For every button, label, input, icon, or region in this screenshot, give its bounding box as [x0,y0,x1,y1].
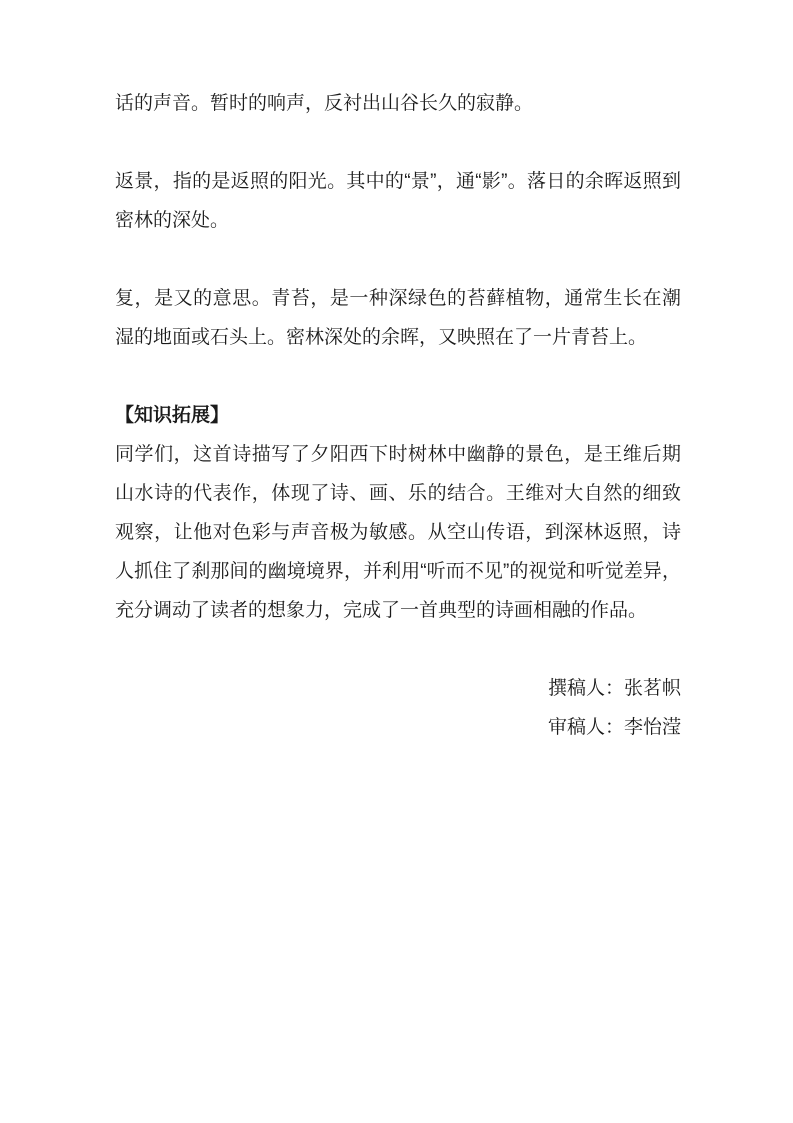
section-title-knowledge-extension: 【知识拓展】 [115,396,681,435]
bylines-block: 撰稿人：张茗帜 审稿人：李怡滢 [115,669,681,747]
byline-author: 撰稿人：张茗帜 [115,669,681,708]
byline-reviewer: 审稿人：李怡滢 [115,708,681,747]
paragraph-knowledge-extension: 同学们，这首诗描写了夕阳西下时树林中幽静的景色，是王维后期山水诗的代表作，体现了… [115,435,681,630]
paragraph-qingtai-explanation: 复，是又的意思。青苔，是一种深绿色的苔藓植物，通常生长在潮湿的地面或石头上。密林… [115,279,681,357]
document-page: 话的声音。暂时的响声，反衬出山谷长久的寂静。 返景，指的是返照的阳光。其中的“景… [0,0,793,1123]
paragraph-sound-contrast: 话的声音。暂时的响声，反衬出山谷长久的寂静。 [115,84,681,123]
paragraph-fanjing-explanation: 返景，指的是返照的阳光。其中的“景”，通“影”。落日的余晖返照到密林的深处。 [115,162,681,240]
